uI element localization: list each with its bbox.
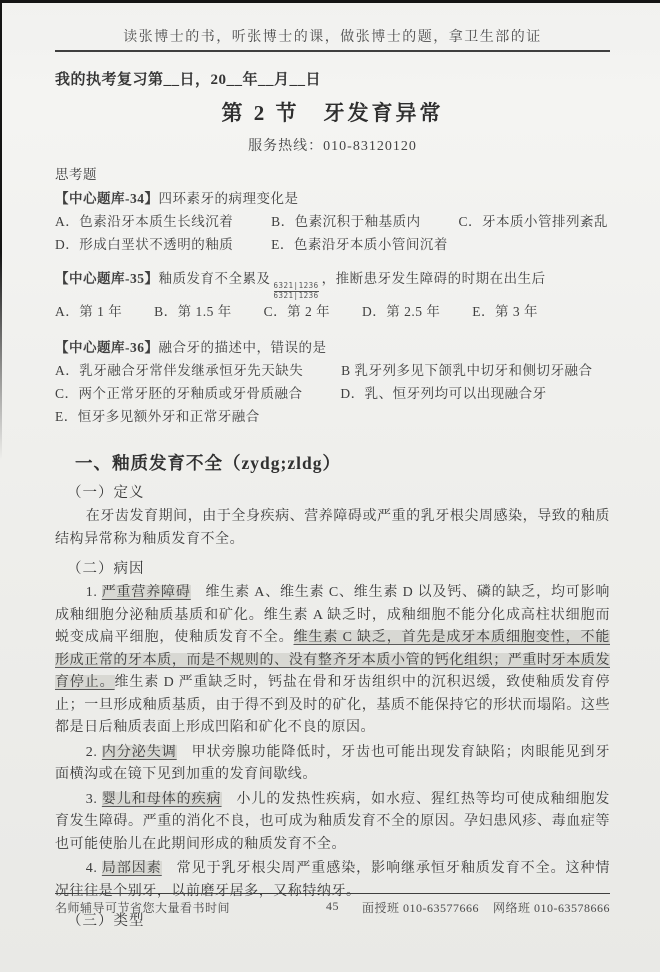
question-34-option-c: C．牙本质小管排列紊乱 [459,210,609,233]
question-36-stem-text: 融合牙的描述中，错误的是 [159,340,327,355]
question-35-stem-prefix: 釉质发育不全累及 [159,271,271,286]
question-35-option-row-1: A．第 1 年 B．第 1.5 年 C．第 2 年 D．第 2.5 年 E．第 … [55,300,610,323]
question-35-option-e: E．第 3 年 [472,300,538,323]
question-34-option-row-1: A．色素沿牙本质生长线沉着 B．色素沉积于釉基质内 C．牙本质小管排列紊乱 [55,210,610,233]
question-34-stem-text: 四环素牙的病理变化是 [159,191,299,206]
question-35-option-d: D．第 2.5 年 [362,300,440,323]
definition-paragraph: 在牙齿发育期间，由于全身疾病、营养障碍或严重的乳牙根尖周感染，导致的釉质结构异常… [55,506,610,551]
question-34-option-a: A．色素沿牙本质生长线沉着 [55,210,233,233]
question-35-option-b: B．第 1.5 年 [154,300,232,323]
question-34-option-b: B．色素沉积于釉基质内 [271,210,421,233]
scan-edge-top [0,0,660,3]
question-35-option-a: A．第 1 年 [55,300,122,323]
header-slogan: 读张博士的书，听张博士的课，做张博士的题，拿卫生部的证 [55,0,610,46]
footer-mianshou-phone: 面授班 010-63577666 [362,901,479,915]
question-34: 【中心题库-34】四环素牙的病理变化是 A．色素沿牙本质生长线沉着 B．色素沉积… [55,187,610,256]
dental-notation-fraction: 6321|12366321|1236 [274,282,319,300]
question-34-id: 【中心题库-34】 [55,191,159,206]
question-34-option-d: D．形成白垩状不透明的釉质 [55,233,233,256]
question-36-option-row-2: C．两个正常牙胚的牙釉质或牙骨质融合 D．乳、恒牙列均可以出现融合牙 [55,382,610,405]
think-questions-label: 思考题 [55,163,610,183]
footer-row: 名师辅导可节省您大量看书时间 45 面授班 010-63577666网络班 01… [55,899,610,916]
chapter-title: 第 2 节 牙发育异常 [55,97,610,127]
question-36-id: 【中心题库-36】 [55,340,159,355]
dental-notation-lower: 6321|1236 [274,292,319,300]
page-footer: 名师辅导可节省您大量看书时间 45 面授班 010-63577666网络班 01… [55,893,610,916]
footer-wangluo-phone: 网络班 010-63578666 [493,901,610,915]
question-35: 【中心题库-35】釉质发育不全累及6321|12366321|1236，推断患牙… [55,267,610,323]
scanned-textbook-page: 读张博士的书，听张博士的课，做张博士的题，拿卫生部的证 我的执考复习第__日，2… [0,0,660,972]
question-36-option-b: B 乳牙列多见下颌乳中切牙和侧切牙融合 [341,359,592,382]
question-36: 【中心题库-36】融合牙的描述中，错误的是 A．乳牙融合牙常伴发继承恒牙先天缺失… [55,336,610,428]
question-35-option-c: C．第 2 年 [264,300,331,323]
footer-slogan: 名师辅导可节省您大量看书时间 [55,899,230,916]
question-34-option-e: E．色素沿牙本质小管间沉着 [271,233,448,256]
question-36-option-c: C．两个正常牙胚的牙釉质或牙骨质融合 [55,382,303,405]
service-hotline: 服务热线：010-83120120 [55,135,610,155]
footer-rule [55,893,610,894]
question-36-option-row-3: E．恒牙多见额外牙和正常牙融合 [55,405,610,428]
cause-paragraph-2: 2. 内分泌失调 甲状旁腺功能降低时，牙齿也可能出现发育缺陷；肉眼能见到牙面横沟… [55,742,610,787]
subsection-definition: （一）定义 [55,483,610,504]
question-35-stem-suffix: ，推断患牙发生障碍的时期在出生后 [322,271,546,286]
subsection-cause: （二）病因 [55,559,610,580]
scan-edge-left [0,0,2,460]
question-36-option-row-1: A．乳牙融合牙常伴发继承恒牙先天缺失 B 乳牙列多见下颌乳中切牙和侧切牙融合 [55,359,610,382]
question-34-option-row-2: D．形成白垩状不透明的釉质 E．色素沿牙本质小管间沉着 [55,233,610,256]
page-number: 45 [326,899,339,914]
question-36-option-e: E．恒牙多见额外牙和正常牙融合 [55,405,260,428]
question-35-id: 【中心题库-35】 [55,271,159,286]
question-34-stem: 【中心题库-34】四环素牙的病理变化是 [55,187,610,210]
review-progress-line: 我的执考复习第__日，20__年__月__日 [55,68,610,89]
cause-paragraph-1: 1. 严重营养障碍 维生素 A、维生素 C、维生素 D 以及钙、磷的缺乏，均可影… [55,582,610,740]
header-rule [55,50,610,52]
question-36-stem: 【中心题库-36】融合牙的描述中，错误的是 [55,336,610,359]
cause-paragraph-3: 3. 婴儿和母体的疾病 小儿的发热性疾病，如水痘、猩红热等均可使成釉细胞发育发生… [55,789,610,857]
question-36-option-a: A．乳牙融合牙常伴发继承恒牙先天缺失 [55,359,303,382]
question-36-option-d: D．乳、恒牙列均可以出现融合牙 [340,382,546,405]
question-35-stem: 【中心题库-35】釉质发育不全累及6321|12366321|1236，推断患牙… [55,267,610,300]
footer-contacts: 面授班 010-63577666网络班 010-63578666 [362,899,610,916]
section-heading: 一、釉质发育不全（zydg;zldg） [55,450,610,475]
